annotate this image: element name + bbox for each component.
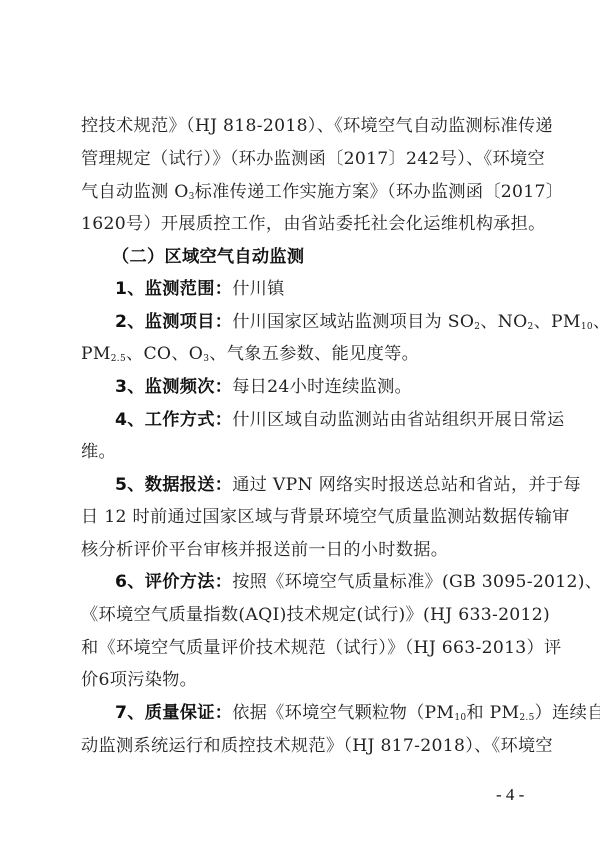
page-number: - 4 - [496, 785, 524, 805]
item-label: 1、监测范围： [115, 279, 232, 299]
list-item-operation: 4、工作方式：什川区域自动监测站由省站组织开展日常运 [115, 408, 519, 432]
item-label: 4、工作方式： [115, 410, 232, 430]
list-item-reporting: 5、数据报送：通过 VPN 网络实时报送总站和省站，并于每 [115, 473, 519, 497]
item-label: 2、监测项目： [115, 312, 232, 332]
paragraph-line: 日 12 时前通过国家区域与背景环境空气质量监测站数据传输审 [81, 505, 519, 529]
paragraph-line: 控技术规范》（HJ 818-2018）、《环境空气自动监测标准传递 [81, 114, 519, 138]
paragraph-line: 1620号）开展质控工作，由省站委托社会化运维机构承担。 [81, 212, 519, 236]
list-item-evaluation: 6、评价方法：按照《环境空气质量标准》(GB 3095-2012)、 [115, 570, 519, 594]
section-heading: （二）区域空气自动监测 [112, 245, 516, 269]
paragraph-line: 和《环境空气质量评价技术规范（试行）》（HJ 663-2013）评 [81, 636, 519, 660]
item-label: 6、评价方法： [115, 572, 232, 592]
paragraph-line: 核分析评价平台审核并报送前一日的小时数据。 [81, 538, 519, 562]
paragraph-line: 价6项污染物。 [81, 668, 519, 692]
list-item-parameters: 2、监测项目：什川国家区域站监测项目为 SO2、NO2、PM10、 [115, 310, 519, 334]
item-label: 5、数据报送： [115, 475, 232, 495]
list-item-scope: 1、监测范围：什川镇 [115, 277, 519, 301]
item-label: 7、质量保证： [115, 703, 232, 723]
item-label: 3、监测频次： [115, 377, 232, 397]
list-item-frequency: 3、监测频次：每日24小时连续监测。 [115, 375, 519, 399]
paragraph-line: 动监测系统运行和质控技术规范》（HJ 817-2018）、《环境空 [81, 734, 519, 758]
paragraph-line: 气自动监测 O3标准传递工作实施方案》（环办监测函〔2017〕 [81, 180, 519, 204]
paragraph-line: 《环境空气质量指数(AQI)技术规定(试行)》(HJ 633-2012) [81, 603, 519, 627]
document-page: 控技术规范》（HJ 818-2018）、《环境空气自动监测标准传递 管理规定（试… [0, 0, 600, 848]
paragraph-line: 维。 [81, 440, 519, 464]
paragraph-line: 管理规定（试行）》（环办监测函〔2017〕242号）、《环境空 [81, 147, 519, 171]
list-item-quality: 7、质量保证：依据《环境空气颗粒物（PM10和 PM2.5）连续自 [115, 701, 519, 725]
paragraph-line: PM2.5、CO、O3、气象五参数、能见度等。 [81, 342, 519, 366]
